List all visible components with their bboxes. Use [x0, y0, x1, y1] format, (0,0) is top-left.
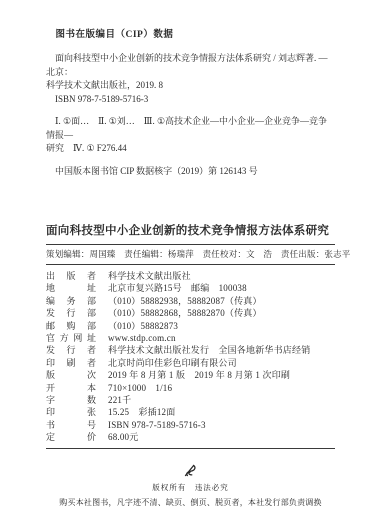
row-value: ISBN 978-7-5189-5716-3	[108, 419, 206, 431]
copyright-page: 图书在版编目（CIP）数据 面向科技型中小企业创新的技术竞争情报方法体系研究 /…	[0, 0, 375, 524]
row-value: 2019 年 8 月第 1 版 2019 年 8 月第 1 次印刷	[108, 369, 290, 381]
row-label: 邮购部	[46, 320, 96, 332]
exchange-notice: 购买本社图书，凡字迹不清、缺页、倒页、脱页者，本社发行部负责调换	[46, 497, 335, 508]
row-label: 版次	[46, 369, 96, 381]
editors-row: 策划编辑：周国臻 责任编辑：杨瑞萍 责任校对：文 浩 责任出版：张志平	[46, 245, 335, 265]
cip-description-line1: 面向科技型中小企业创新的技术竞争情报方法体系研究 / 刘志辉著. —北京：	[46, 52, 335, 79]
colophon-row-mail-order-dept: 邮购部（010）58882873	[46, 320, 335, 332]
row-label: 发行部	[46, 307, 96, 319]
row-label: 出版者	[46, 270, 96, 282]
title-block: 面向科技型中小企业创新的技术竞争情报方法体系研究 策划编辑：周国臻 责任编辑：杨…	[46, 222, 335, 265]
row-value: （010）58882868，58882870（传真）	[108, 307, 262, 319]
row-value: 221千	[108, 394, 131, 406]
cip-description-line2: 科学技术文献出版社，2019. 8	[46, 79, 335, 93]
colophon-row-sheets: 印张15.25 彩插12面	[46, 406, 335, 418]
row-label: 官方网址	[46, 332, 96, 344]
colophon-row-distribution-dept: 发行部（010）58882868，58882870（传真）	[46, 307, 335, 319]
row-value: 科学技术文献出版社	[108, 270, 191, 282]
colophon-row-website: 官方网址www.stdp.com.cn	[46, 332, 335, 344]
row-value: 68.00元	[108, 431, 138, 443]
colophon-table: 出版者科学技术文献出版社 地址北京市复兴路15号 邮编 100038 编务部（0…	[46, 265, 335, 449]
copyright-statement: 版权所有 违法必究	[46, 482, 335, 493]
colophon-row-word-count: 字数221千	[46, 394, 335, 406]
row-value: 15.25 彩插12面	[108, 406, 175, 418]
website-url: www.stdp.com.cn	[108, 332, 176, 344]
book-title: 面向科技型中小企业创新的技术竞争情报方法体系研究	[46, 222, 335, 245]
cip-record-number: 中国版本图书馆 CIP 数据核字（2019）第 126143 号	[46, 165, 335, 179]
colophon-row-price: 定价68.00元	[46, 431, 335, 443]
row-value: 北京时尚印佳彩色印刷有限公司	[108, 357, 237, 369]
colophon-row-edition: 版次2019 年 8 月第 1 版 2019 年 8 月第 1 次印刷	[46, 369, 335, 381]
row-label: 字数	[46, 394, 96, 406]
row-label: 地址	[46, 282, 96, 294]
publisher-logo-icon	[46, 461, 335, 479]
cip-isbn: ISBN 978-7-5189-5716-3	[46, 93, 335, 107]
colophon-row-distributor: 发行者科学技术文献出版社发行 全国各地新华书店经销	[46, 344, 335, 356]
row-label: 印刷者	[46, 357, 96, 369]
row-value: 710×1000 1/16	[108, 382, 172, 394]
row-label: 书号	[46, 419, 96, 431]
colophon-row-isbn: 书号ISBN 978-7-5189-5716-3	[46, 419, 335, 431]
colophon-row-editorial-dept: 编务部（010）58882938，58882087（传真）	[46, 295, 335, 307]
row-label: 印张	[46, 406, 96, 418]
colophon-row-format: 开本710×1000 1/16	[46, 382, 335, 394]
row-label: 发行者	[46, 344, 96, 356]
row-label: 开本	[46, 382, 96, 394]
cip-heading: 图书在版编目（CIP）数据	[46, 26, 335, 40]
colophon-row-publisher: 出版者科学技术文献出版社	[46, 270, 335, 282]
footer: 版权所有 违法必究 购买本社图书，凡字迹不清、缺页、倒页、脱页者，本社发行部负责…	[46, 461, 335, 508]
row-value: 北京市复兴路15号 邮编 100038	[108, 282, 247, 294]
row-label: 编务部	[46, 295, 96, 307]
colophon-row-address: 地址北京市复兴路15号 邮编 100038	[46, 282, 335, 294]
row-label: 定价	[46, 431, 96, 443]
cip-classification-line1: Ⅰ. ①面… Ⅱ. ①刘… Ⅲ. ①高技术企业—中小企业—企业竞争—竞争情报—	[46, 115, 335, 142]
cip-block: 图书在版编目（CIP）数据 面向科技型中小企业创新的技术竞争情报方法体系研究 /…	[46, 26, 335, 178]
row-value: （010）58882873	[108, 320, 178, 332]
row-value: 科学技术文献出版社发行 全国各地新华书店经销	[108, 344, 310, 356]
colophon-row-printer: 印刷者北京时尚印佳彩色印刷有限公司	[46, 357, 335, 369]
row-value: （010）58882938，58882087（传真）	[108, 295, 262, 307]
cip-classification-line2: 研究 Ⅳ. ① F276.44	[46, 142, 335, 156]
